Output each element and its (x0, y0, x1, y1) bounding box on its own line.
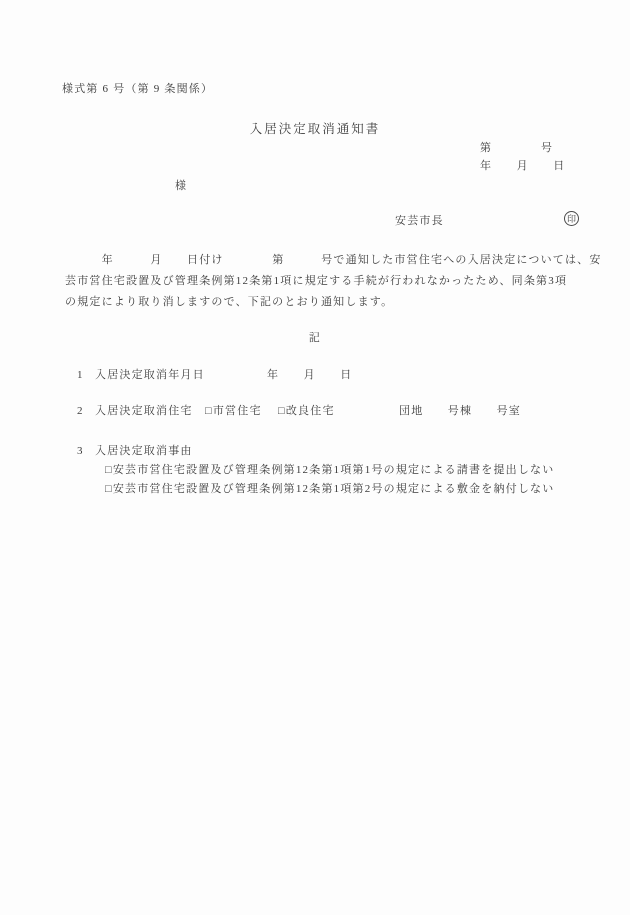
checkbox-reason-no-written-pledge: □安芸市営住宅設置及び管理条例第12条第1項第1号の規定による請書を提出しない (105, 463, 554, 479)
document-page: 様式第 6 号（第 9 条関係） 入居決定取消通知書 第 号 年 月 日 様 安… (0, 0, 630, 915)
item1-number: 1 (77, 368, 84, 384)
item1-label: 入居決定取消年月日 (95, 368, 205, 384)
item2-number: 2 (77, 404, 84, 420)
item3-label: 入居決定取消事由 (95, 444, 193, 460)
reference-number-blank: 第 号 (480, 141, 553, 157)
checkbox-improved-housing: □改良住宅 (278, 404, 335, 420)
document-title: 入居決定取消通知書 (0, 120, 630, 138)
body-line-2: 芸市営住宅設置及び管理条例第12条第1項に規定する手続が行われなかったため、同条… (65, 274, 567, 290)
form-number: 様式第 6 号（第 9 条関係） (62, 82, 213, 98)
item3-number: 3 (77, 444, 84, 460)
item1-date-blank: 年 月 日 (267, 368, 352, 384)
item2-location-blank: 団地 号棟 号室 (399, 404, 521, 420)
body-line-3: の規定により取り消しますので、下記のとおり通知します。 (65, 295, 393, 311)
checkbox-reason-no-deposit: □安芸市営住宅設置及び管理条例第12条第1項第2号の規定による敷金を納付しない (105, 482, 554, 498)
addressee-honorific: 様 (175, 179, 187, 195)
body-line-1: 年 月 日付け 第 号で通知した市営住宅への入居決定については、安 (65, 253, 602, 269)
checkbox-municipal-housing: □市営住宅 (205, 404, 262, 420)
seal-mark-icon: 印 (564, 211, 579, 226)
item2-label: 入居決定取消住宅 (95, 404, 193, 420)
issue-date-blank: 年 月 日 (480, 159, 565, 175)
sender-title: 安芸市長 (395, 214, 444, 230)
list-marker-ki: 記 (0, 331, 630, 347)
